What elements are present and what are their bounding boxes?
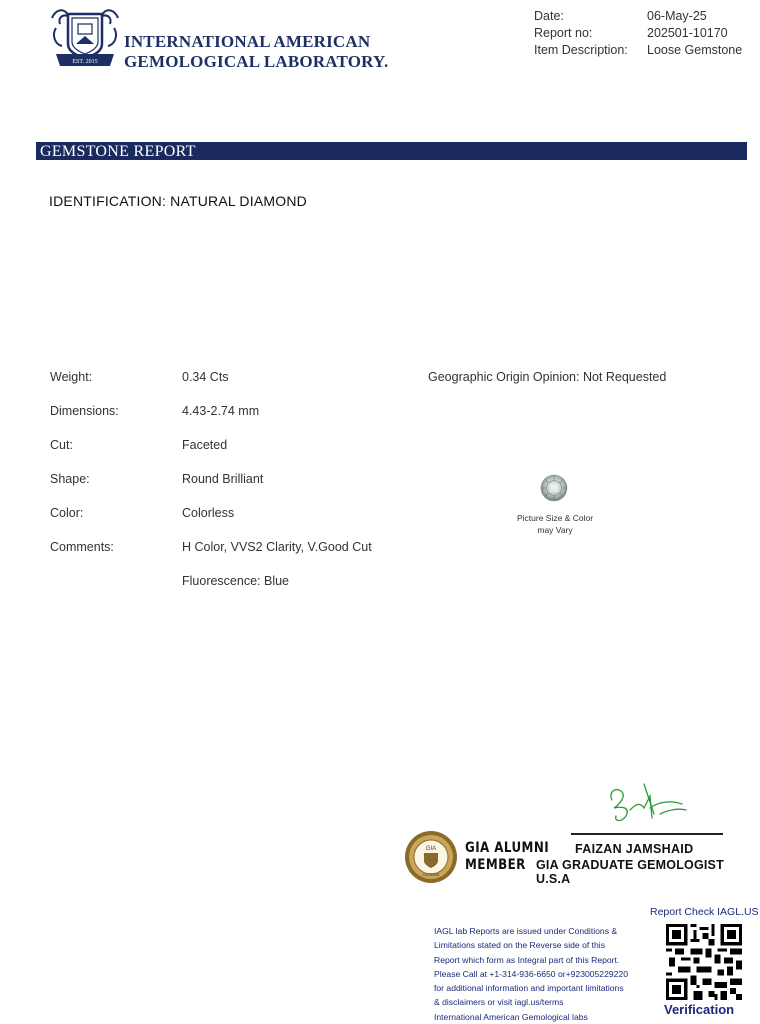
signature-line bbox=[571, 833, 723, 835]
qr-code-icon[interactable] bbox=[666, 924, 742, 1000]
detail-fluorescence: Fluorescence: Blue bbox=[50, 574, 372, 608]
verification-label: Verification bbox=[664, 1002, 734, 1017]
svg-text:ALUMNI: ALUMNI bbox=[422, 872, 439, 877]
lab-name-line2: GEMOLOGICAL LABORATORY. bbox=[124, 52, 388, 72]
banner-title: GEMSTONE REPORT bbox=[40, 142, 196, 161]
signature bbox=[600, 778, 690, 828]
lab-name-line1: INTERNATIONAL AMERICAN bbox=[124, 32, 388, 52]
meta-report-no: Report no: 202501-10170 bbox=[534, 25, 742, 42]
meta-date: Date: 06-May-25 bbox=[534, 8, 742, 25]
lab-name: INTERNATIONAL AMERICAN GEMOLOGICAL LABOR… bbox=[124, 32, 388, 72]
report-banner: GEMSTONE REPORT bbox=[36, 142, 747, 160]
gia-alumni-seal-icon: GIA ALUMNI bbox=[404, 830, 458, 884]
signer-title: GIA GRADUATE GEMOLOGIST U.S.A bbox=[536, 858, 760, 886]
lab-logo-emblem: EST. 2015 bbox=[48, 4, 122, 70]
detail-color: Color: Colorless bbox=[50, 506, 372, 540]
detail-dimensions: Dimensions: 4.43-2.74 mm bbox=[50, 404, 372, 438]
disclaimer: IAGL lab Reports are issued under Condit… bbox=[434, 924, 654, 1024]
meta-item-description: Item Description: Loose Gemstone bbox=[534, 42, 742, 59]
picture-disclaimer: Picture Size & Color may Vary bbox=[500, 512, 610, 536]
detail-comments: Comments: H Color, VVS2 Clarity, V.Good … bbox=[50, 540, 372, 574]
detail-shape: Shape: Round Brilliant bbox=[50, 472, 372, 506]
svg-text:EST. 2015: EST. 2015 bbox=[72, 59, 97, 65]
identification: IDENTIFICATION: NATURAL DIAMOND bbox=[49, 193, 307, 209]
detail-weight: Weight: 0.34 Cts bbox=[50, 370, 372, 404]
svg-text:GIA: GIA bbox=[426, 846, 436, 852]
origin-opinion: Geographic Origin Opinion: Not Requested bbox=[428, 370, 666, 384]
report-check-link[interactable]: Report Check IAGL.US bbox=[650, 906, 759, 918]
report-meta: Date: 06-May-25 Report no: 202501-10170 … bbox=[534, 8, 742, 59]
gem-details: Weight: 0.34 Cts Dimensions: 4.43-2.74 m… bbox=[50, 370, 372, 608]
detail-cut: Cut: Faceted bbox=[50, 438, 372, 472]
signer-name: FAIZAN JAMSHAID bbox=[575, 842, 693, 856]
gia-alumni-label: GIA ALUMNI MEMBER bbox=[465, 840, 549, 874]
diamond-image bbox=[540, 474, 568, 502]
